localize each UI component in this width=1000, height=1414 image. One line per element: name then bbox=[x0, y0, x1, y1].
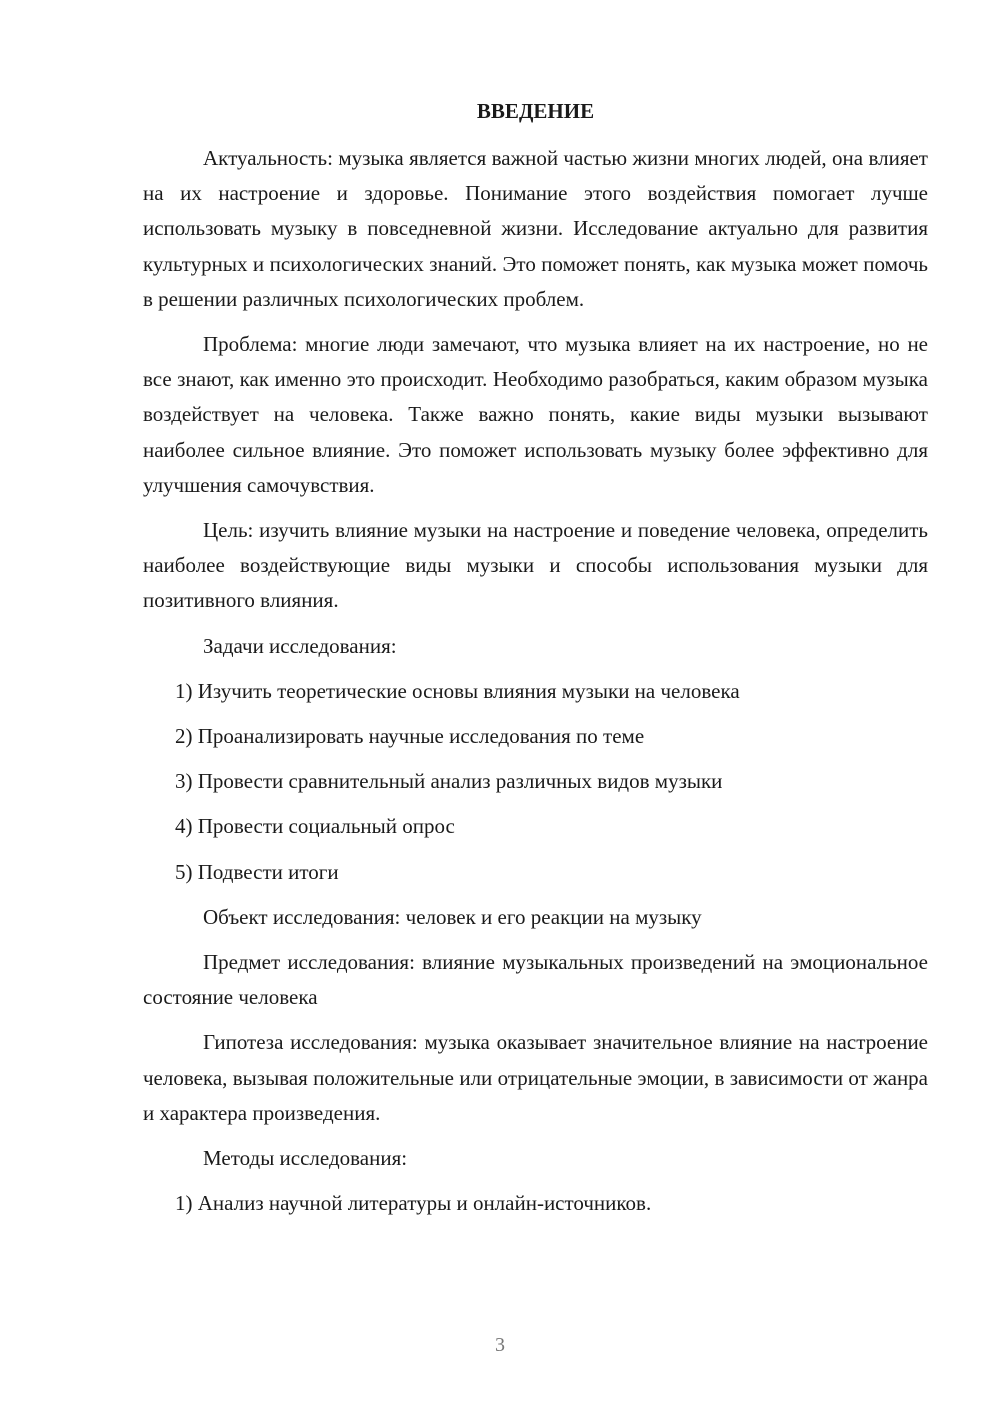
methods-heading: Методы исследования: bbox=[143, 1141, 928, 1176]
methods-list: 1) Анализ научной литературы и онлайн-ис… bbox=[143, 1186, 928, 1221]
section-title: ВВЕДЕНИЕ bbox=[143, 94, 928, 129]
paragraph-goal: Цель: изучить влияние музыки на настроен… bbox=[143, 513, 928, 619]
list-item: 1) Изучить теоретические основы влияния … bbox=[143, 674, 928, 709]
tasks-heading: Задачи исследования: bbox=[143, 629, 928, 664]
list-item: 2) Проанализировать научные исследования… bbox=[143, 719, 928, 754]
list-item: 1) Анализ научной литературы и онлайн-ис… bbox=[143, 1186, 928, 1221]
list-item: 3) Провести сравнительный анализ различн… bbox=[143, 764, 928, 799]
paragraph-relevance: Актуальность: музыка является важной час… bbox=[143, 141, 928, 317]
paragraph-hypothesis: Гипотеза исследования: музыка оказывает … bbox=[143, 1025, 928, 1131]
list-item: 4) Провести социальный опрос bbox=[143, 809, 928, 844]
tasks-list: 1) Изучить теоретические основы влияния … bbox=[143, 674, 928, 890]
paragraph-problem: Проблема: многие люди замечают, что музы… bbox=[143, 327, 928, 503]
list-item: 5) Подвести итоги bbox=[143, 855, 928, 890]
paragraph-subject: Предмет исследования: влияние музыкальны… bbox=[143, 945, 928, 1015]
page-number: 3 bbox=[0, 1334, 1000, 1357]
document-page: ВВЕДЕНИЕ Актуальность: музыка является в… bbox=[143, 94, 928, 1231]
paragraph-object: Объект исследования: человек и его реакц… bbox=[143, 900, 928, 935]
